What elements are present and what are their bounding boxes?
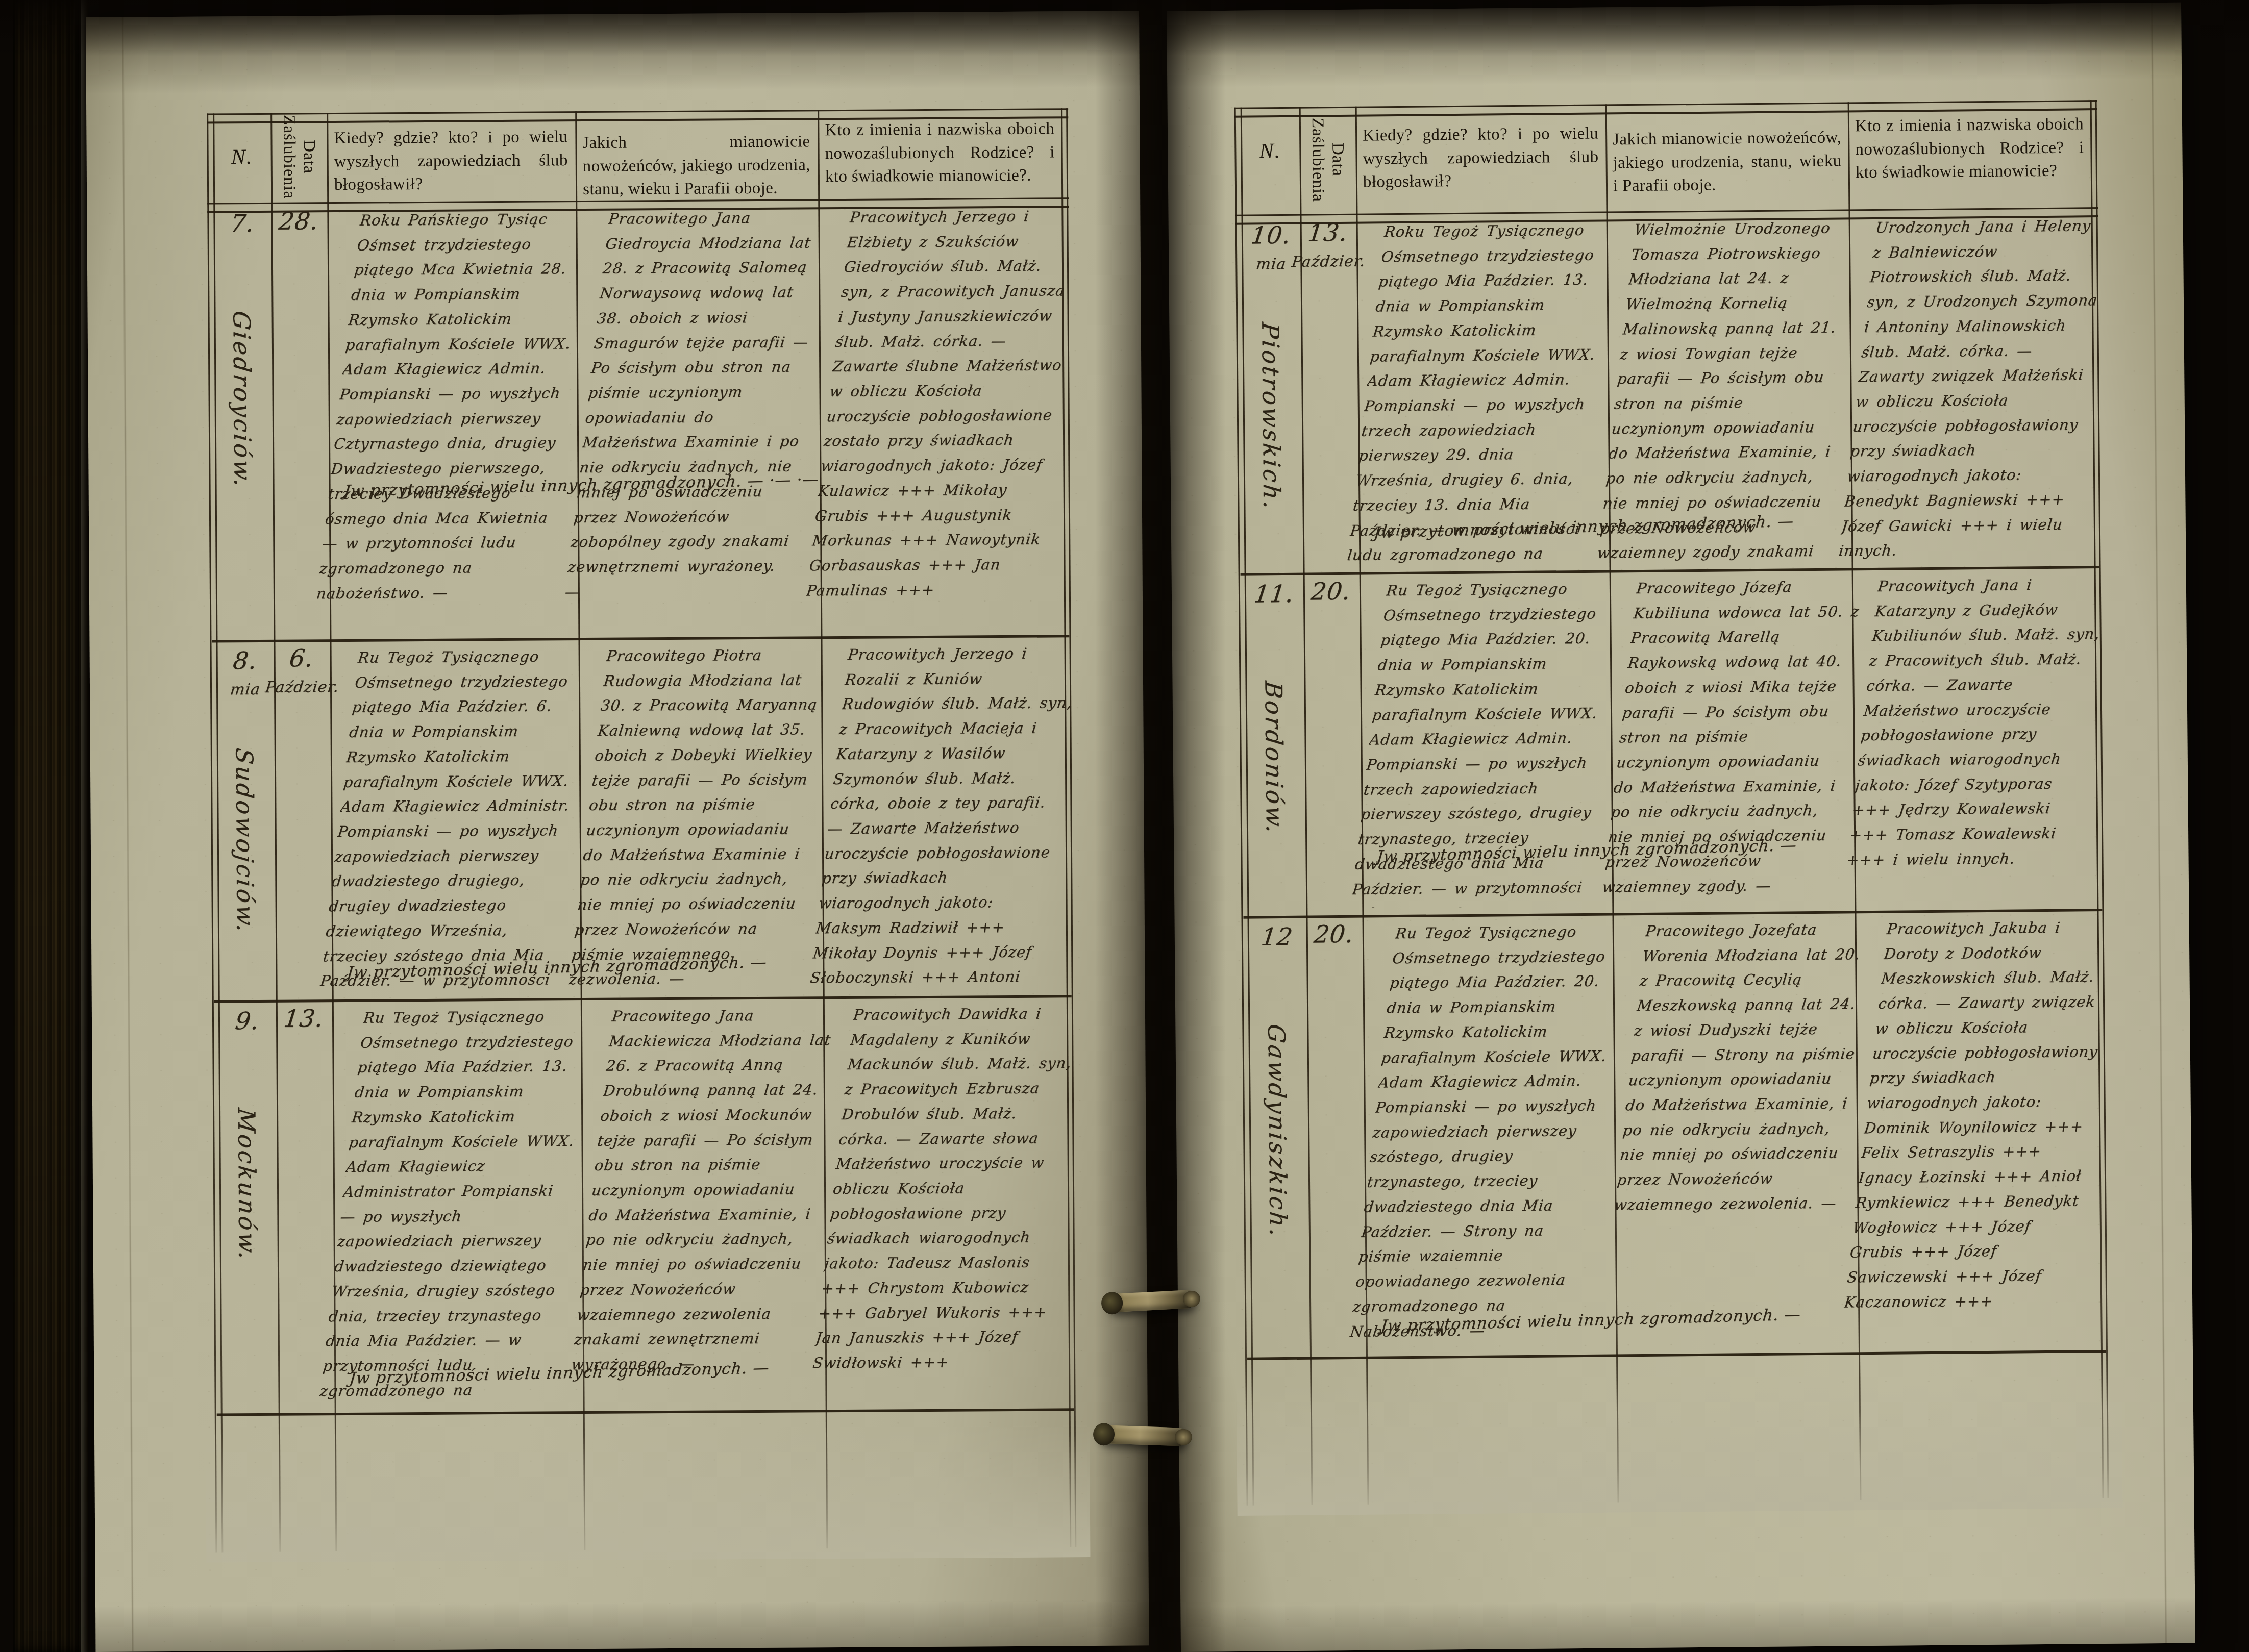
rule-fadeout (1236, 1375, 2122, 1516)
book-page-edges (13, 0, 88, 1652)
entry-date-day: 28. (266, 207, 331, 236)
entry-number: 12 (1245, 923, 1309, 952)
column-rule (1234, 108, 1248, 1506)
entry-number: 8. (214, 647, 277, 675)
header-date: Data Zaślubienia (1307, 106, 1348, 214)
entry-number: 9. (216, 1007, 279, 1036)
header-n: N. (1241, 137, 1300, 167)
column-rule (1299, 107, 1313, 1505)
header-when-question: Kiedy? gdzie? kto? i po wielu wyszłych z… (1363, 122, 1599, 194)
entry-margin-place-name: Piotrowskich. (1256, 321, 1286, 540)
header-parents-question: Kto z imienia i nazwiska oboich nowozaśl… (825, 117, 1055, 188)
entry-when-where-who: Roku Pańskiego Tysiąc Ośmset trzydzieste… (312, 207, 594, 632)
page-left: N. Data Zaślubienia Kiedy? gdzie? kto? i… (86, 11, 1149, 1652)
header-newlyweds-question: Jakich mianowicie nowożeńców, jakiego ur… (582, 130, 810, 201)
entry-newlyweds-description: Pracowitego Piotra Rudowgia Młodziana la… (567, 642, 834, 991)
entry-when-where-who: Ru Tegoż Tysiącznego Ośmsetnego trzydzie… (319, 644, 591, 992)
page-crease (121, 17, 134, 1652)
row-divider-rule (1247, 1350, 2106, 1360)
entry-parents-witnesses: Pracowitych Jerzego i Elżbiety z Szukści… (802, 204, 1083, 629)
entry-parents-witnesses: Urodzonych Jana i Heleny z Balniewiczów … (1838, 213, 2108, 561)
entry-when-where-who: Ru Tegoż Tysiącznego Ośmsetnego trzydzie… (318, 1004, 597, 1406)
entry-parents-witnesses: Pracowitych Jakuba i Doroty z Dodotków M… (1839, 915, 2119, 1345)
entry-date-month: Paździer. (1287, 253, 1370, 271)
page-right: N. Data Zaślubienia Kiedy? gdzie? kto? i… (1167, 3, 2195, 1652)
entry-newlyweds-description: Pracowitego Jana Mackiewicza Młodziana l… (566, 1003, 839, 1404)
entry-newlyweds-description: Pracowitego Jana Giedroycia Młodziana la… (560, 205, 836, 631)
row-divider-rule (217, 1408, 1074, 1416)
entry-date-day: 13. (271, 1005, 336, 1033)
entry-parents-witnesses: Pracowitych Dawidka i Magdaleny z Kunikó… (808, 1001, 1086, 1403)
header-newlyweds-question: Jakich mianowicie nowożeńców, jakiego ur… (1613, 126, 1842, 197)
entry-number: 11. (1242, 580, 1306, 609)
entry-date-day: 20. (1302, 920, 1366, 949)
column-rule (270, 113, 281, 1552)
header-parents-question: Kto z imienia i nazwiska oboich nowozaśl… (1855, 113, 2084, 184)
rule-fadeout (206, 1424, 1091, 1563)
entry-margin-place-name: Gawdyniszkich. (1263, 1023, 1293, 1324)
entry-date-day: 20. (1299, 578, 1363, 606)
entry-newlyweds-description: Wielmożnie Urodzonego Tomasza Piotrowski… (1596, 215, 1862, 563)
header-when-question: Kiedy? gdzie? kto? i po wielu wyszłych z… (334, 126, 568, 196)
entry-date-month: Paździer. (261, 678, 343, 696)
entry-margin-place-name: Bordoniów. (1259, 680, 1289, 883)
header-n: N. (213, 143, 271, 173)
entry-date-day: 6. (269, 644, 333, 673)
entry-when-where-who: Roku Tegoż Tysiącznego Ośmsetnego trzydz… (1346, 217, 1619, 565)
entry-number: 10. (1239, 221, 1303, 250)
entry-margin-place-name: Giedroyciów. (228, 310, 257, 607)
entry-margin-place-name: Mockunów. (233, 1107, 262, 1380)
entry-when-where-who: Ru Tegoż Tysiącznego Ośmsetnego trzydzie… (1348, 919, 1630, 1349)
binding-thread-tie (1100, 1425, 1188, 1446)
column-rule (1241, 108, 1254, 1506)
page-crease (2151, 3, 2167, 1643)
entry-newlyweds-description: Pracowitego Jozefata Worenia Młodziana l… (1598, 917, 1873, 1347)
book-scan: N. Data Zaślubienia Kiedy? gdzie? kto? i… (0, 0, 2249, 1652)
entry-parents-witnesses: Pracowitych Jana i Katarzyny z Gudejków … (1842, 572, 2111, 904)
entry-number: 7. (211, 210, 274, 238)
entry-date-day: 13. (1296, 219, 1360, 247)
entry-parents-witnesses: Pracowitych Jerzego i Rozalii z Kuniów R… (809, 641, 1081, 989)
entry-margin-place-name: Sudowojciów. (230, 747, 259, 967)
